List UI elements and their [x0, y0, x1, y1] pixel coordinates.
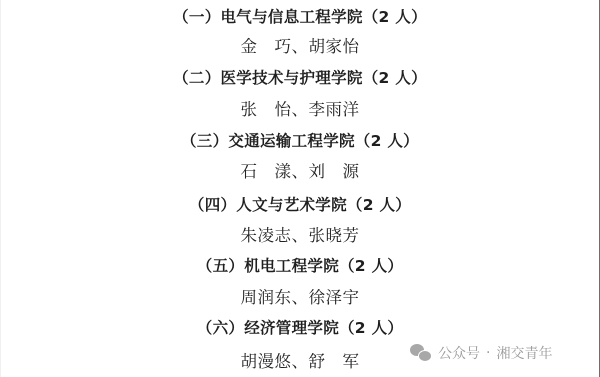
watermark-account: 湘交青年	[496, 343, 552, 363]
award-list-document: （一）电气与信息工程学院（2 人） 金 巧、胡家怡 （二）医学技术与护理学院（2…	[0, 0, 600, 377]
section-names-1: 金 巧、胡家怡	[0, 37, 600, 57]
wechat-watermark: 公众号 · 湘交青年	[410, 342, 552, 364]
watermark-label: 公众号	[438, 343, 480, 363]
section-heading-3: （三）交通运输工程学院（2 人）	[0, 131, 600, 151]
section-heading-6: （六）经济管理学院（2 人）	[0, 318, 600, 338]
section-names-3: 石 漾、刘 源	[0, 162, 600, 182]
wechat-icon	[410, 344, 432, 362]
section-names-5: 周润东、徐泽宇	[0, 288, 600, 308]
section-heading-5: （五）机电工程学院（2 人）	[0, 256, 600, 276]
section-names-4: 朱凌志、张晓芳	[0, 226, 600, 246]
section-names-2: 张 怡、李雨洋	[0, 100, 600, 120]
section-heading-4: （四）人文与艺术学院（2 人）	[0, 195, 600, 215]
watermark-separator: ·	[486, 345, 490, 361]
section-heading-1: （一）电气与信息工程学院（2 人）	[0, 7, 600, 27]
section-heading-2: （二）医学技术与护理学院（2 人）	[0, 68, 600, 88]
